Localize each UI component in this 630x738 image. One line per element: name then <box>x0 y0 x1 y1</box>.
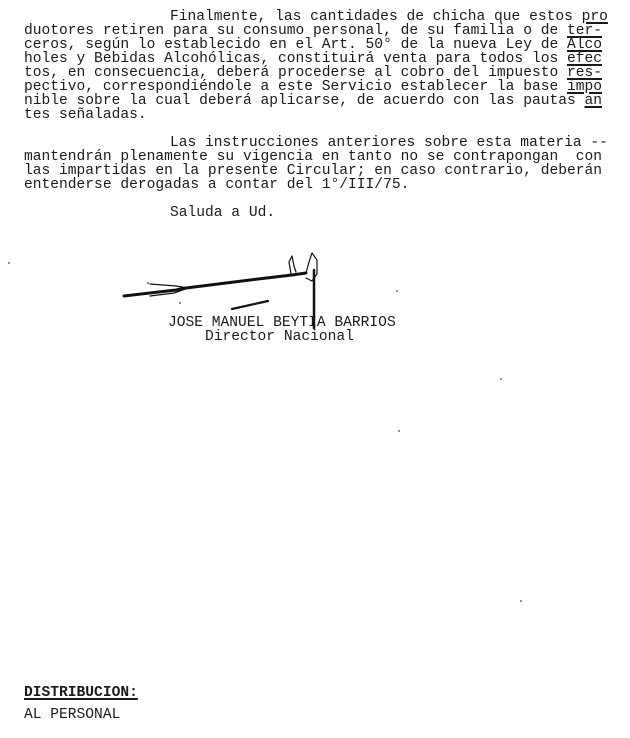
signatory-title: Director Nacional <box>205 330 354 344</box>
handwritten-signature <box>0 0 630 360</box>
scan-speck <box>520 600 522 602</box>
signatory-name: JOSE MANUEL BEYTIA BARRIOS <box>168 316 396 330</box>
scan-speck <box>500 378 502 380</box>
distribution-heading: DISTRIBUCION: <box>24 686 138 700</box>
scan-speck <box>396 290 398 292</box>
scan-speck <box>8 262 10 264</box>
document-page: Finalmente, las cantidades de chicha que… <box>0 0 630 738</box>
scan-speck <box>398 430 400 432</box>
distribution-recipient: AL PERSONAL <box>24 708 120 722</box>
